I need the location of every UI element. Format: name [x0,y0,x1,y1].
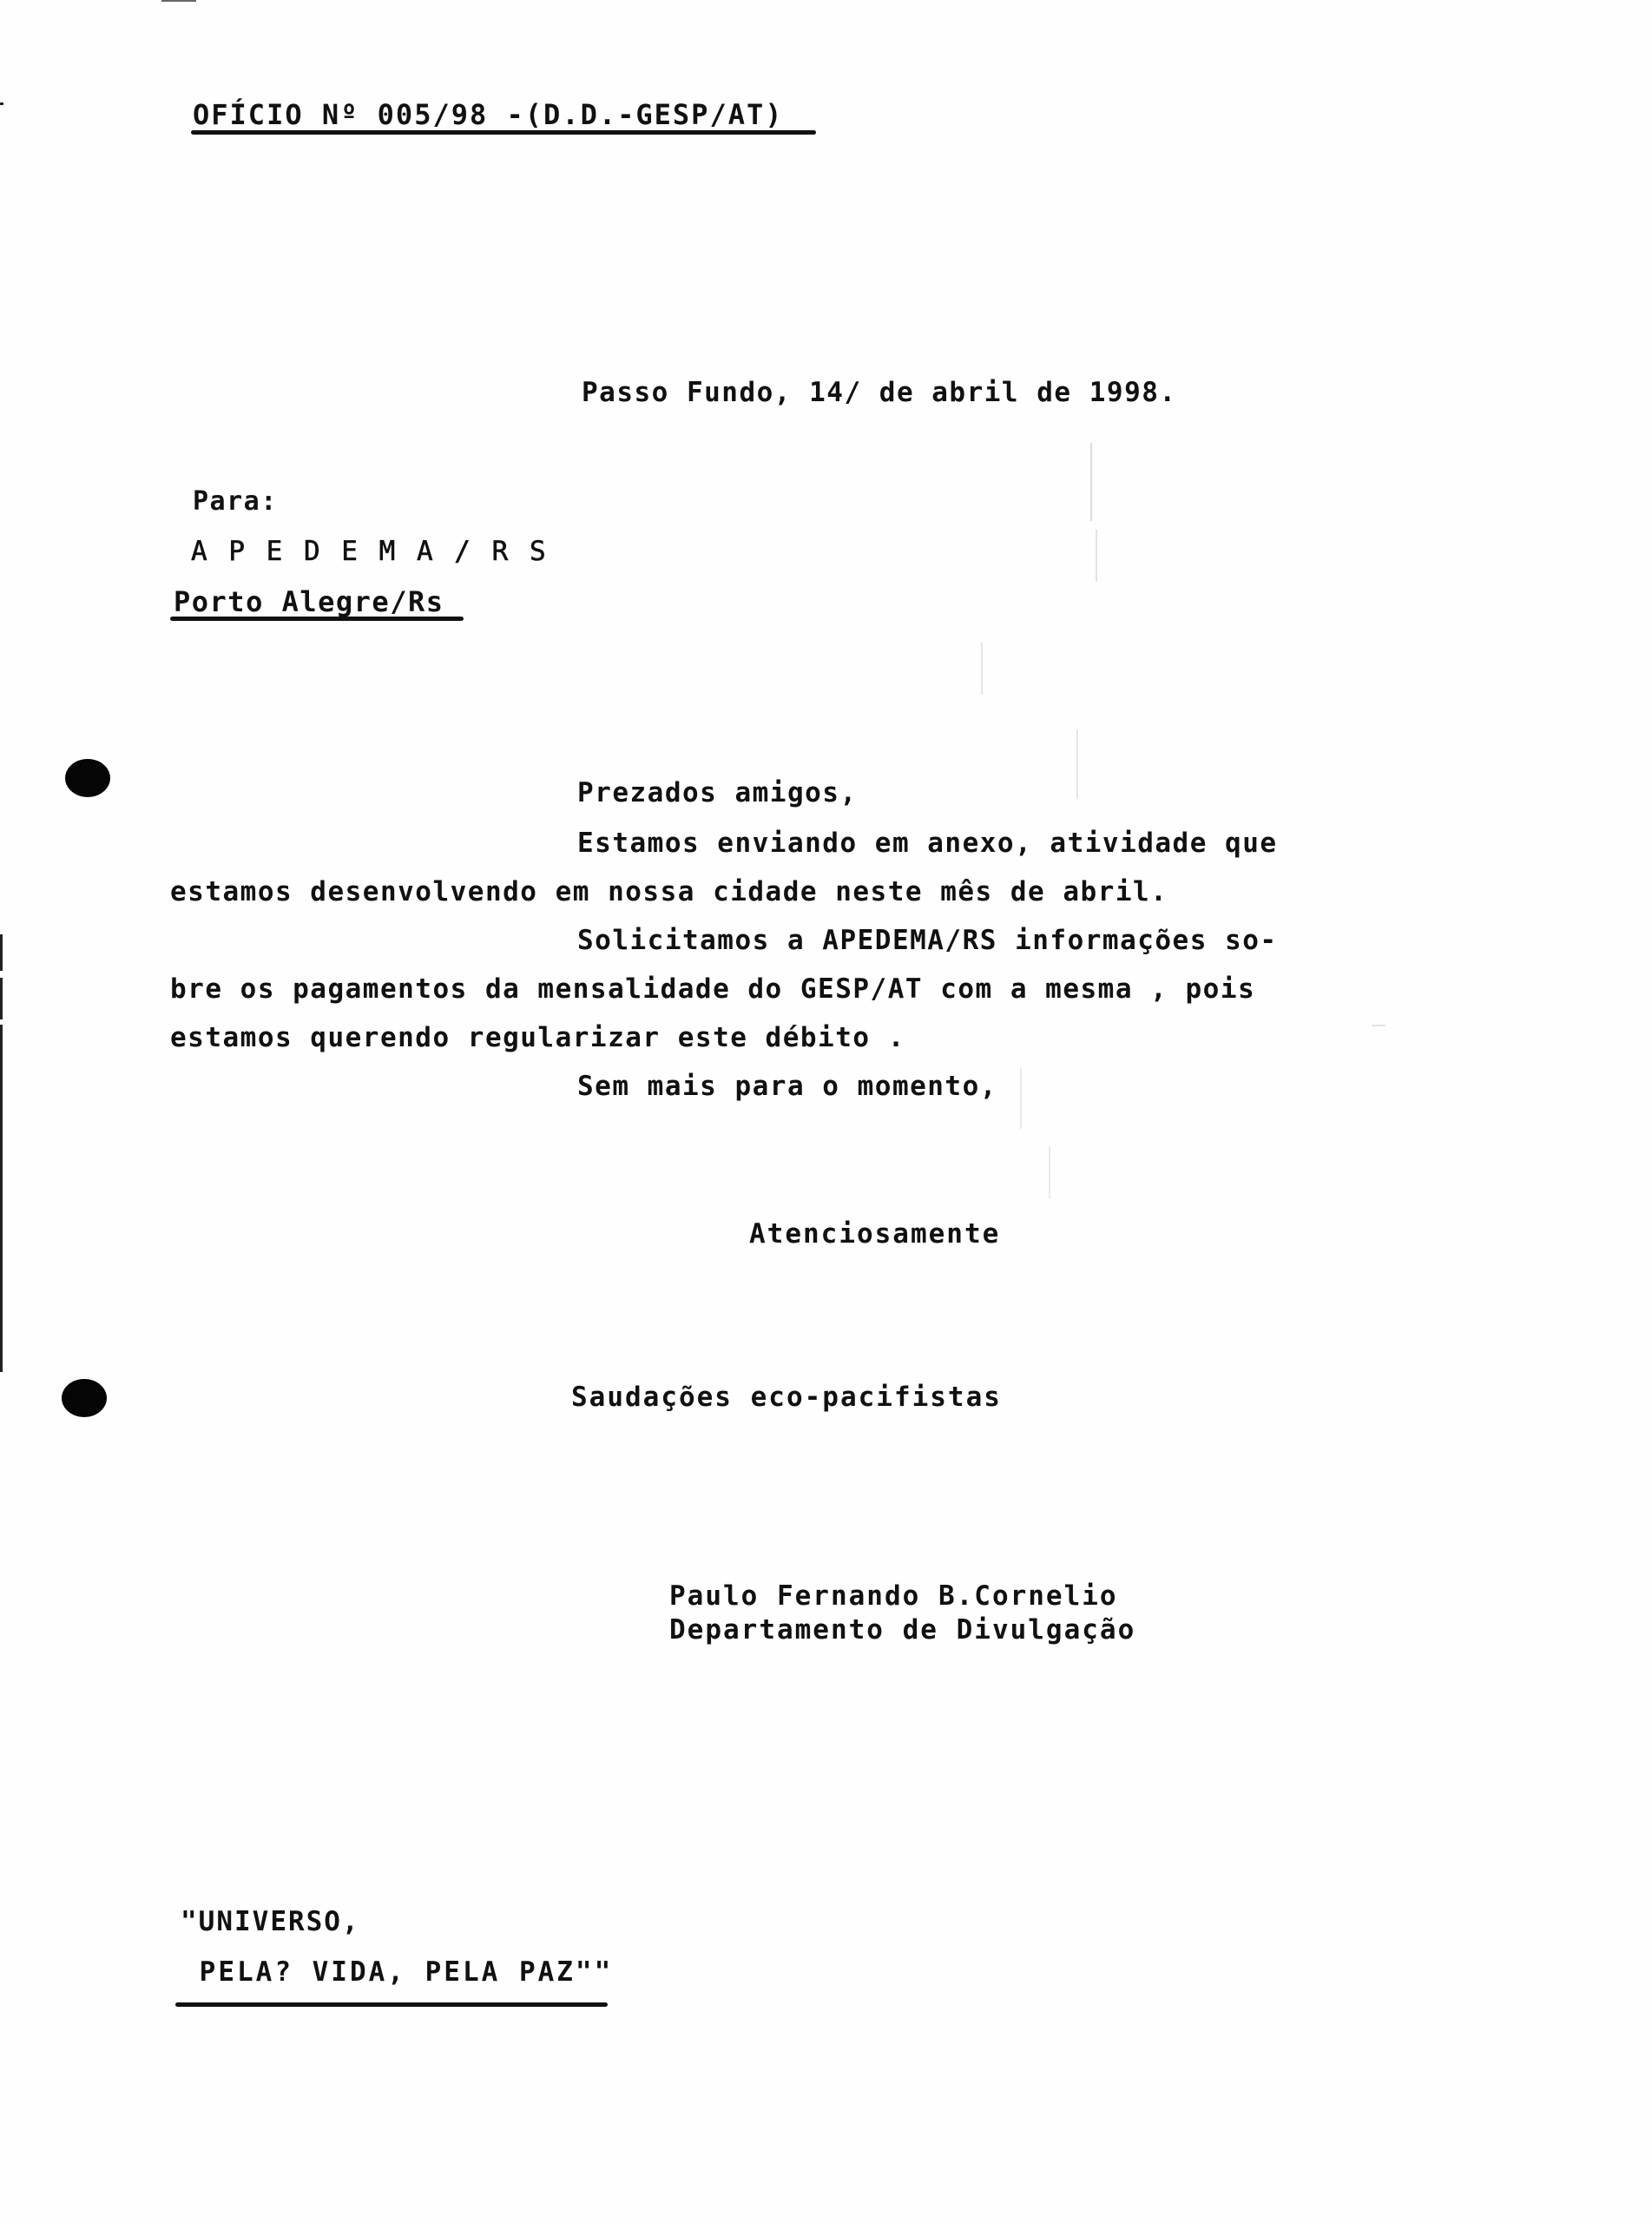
body-paragraph-1-line-2: estamos desenvolvendo em nossa cidade ne… [170,879,1168,906]
scan-artifact [1049,1146,1050,1198]
recipient-organization: A P E D E M A / R S [191,538,549,565]
salutation: Prezados amigos, [577,780,858,807]
closing-regards: Atenciosamente [749,1221,1000,1248]
scan-artifact [1372,1025,1385,1026]
punch-hole-lower [62,1379,107,1417]
body-paragraph-2-line-2: bre os pagamentos da mensalidade do GESP… [170,976,1255,1003]
motto-line-2: PELA? VIDA, PELA PAZ"" [181,1959,613,1986]
top-edge-mark [161,0,196,2]
dateline: Passo Fundo, 14/ de abril de 1998. [582,379,1177,406]
scan-artifact [1096,530,1097,582]
left-edge-mark [0,978,3,1019]
punch-hole-upper [65,759,110,797]
left-edge-mark [0,1025,3,1372]
scan-artifact [1020,1068,1022,1129]
reference-underline [191,130,816,135]
recipient-city-underline [170,617,464,621]
body-paragraph-2-line-1: Solicitamos a APEDEMA/RS informações so- [577,927,1278,954]
motto-line-1: "UNIVERSO, [181,1909,360,1936]
recipient-city: Porto Alegre/Rs [174,588,444,616]
signature-department: Departamento de Divulgação [669,1617,1135,1644]
scanned-letter-page: OFÍCIO Nº 005/98 -(D.D.-GESP/AT) Passo F… [0,0,1652,2223]
document-reference: OFÍCIO Nº 005/98 -(D.D.-GESP/AT) [193,101,784,129]
signature-name: Paulo Fernando B.Cornelio [669,1583,1118,1610]
body-paragraph-2-line-3: estamos querendo regularizar este débito… [170,1025,905,1052]
body-closing-line: Sem mais para o momento, [577,1073,997,1100]
left-edge-mark [0,102,3,105]
left-edge-mark [0,934,3,971]
recipient-label: Para: [193,489,278,515]
closing-greeting: Saudações eco-pacifistas [571,1384,1002,1411]
scan-artifact [981,643,983,695]
body-paragraph-1-line-1: Estamos enviando em anexo, atividade que [577,830,1278,857]
motto-underline [175,2002,608,2007]
scan-artifact [1090,443,1092,521]
scan-artifact [1076,729,1078,799]
